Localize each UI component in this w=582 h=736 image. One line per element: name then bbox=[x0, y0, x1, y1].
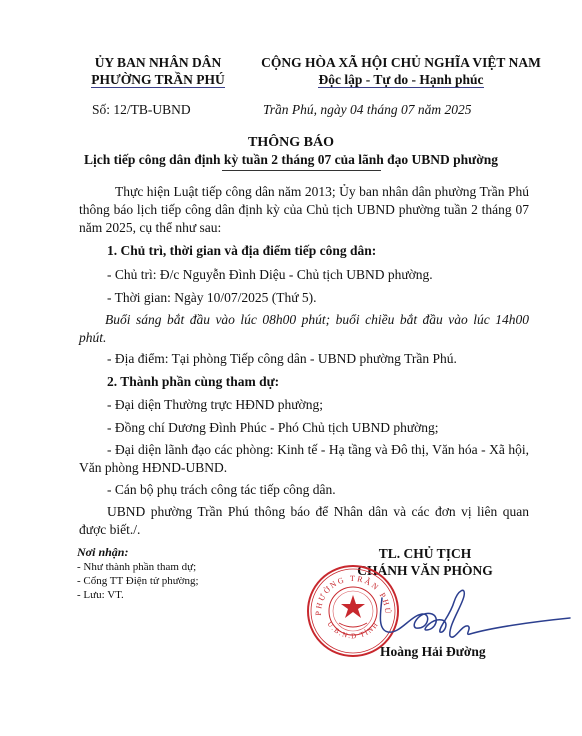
intro-paragraph: Thực hiện Luật tiếp công dân năm 2013; Ủ… bbox=[79, 183, 529, 237]
nation-line-1: CỘNG HÒA XÃ HỘI CHỦ NGHĨA VIỆT NAM bbox=[252, 54, 550, 71]
org-line-2: PHƯỜNG TRẦN PHÚ bbox=[70, 71, 246, 88]
closing-paragraph: UBND phường Trần Phú thông báo để Nhân d… bbox=[79, 503, 529, 539]
recipients-label: Nơi nhận: bbox=[77, 545, 128, 560]
signature-line-1: TL. CHỦ TỊCH bbox=[340, 545, 510, 562]
handwritten-signature-icon bbox=[370, 580, 582, 650]
recipient-item: - Cổng TT Điện tử phường; bbox=[77, 575, 199, 588]
subtitle-underline bbox=[222, 170, 381, 171]
org-line-1: ỦY BAN NHÂN DÂN bbox=[70, 54, 246, 71]
place-and-date: Trần Phú, ngày 04 tháng 07 năm 2025 bbox=[263, 101, 472, 118]
document-number: Số: 12/TB-UBND bbox=[92, 101, 191, 118]
section-2-title: 2. Thành phần cùng tham dự: bbox=[107, 373, 279, 390]
recipient-item: - Lưu: VT. bbox=[77, 589, 124, 602]
document-heading: THÔNG BÁO bbox=[0, 135, 582, 151]
time-line: - Thời gian: Ngày 10/07/2025 (Thứ 5). bbox=[107, 289, 317, 306]
section-1-title: 1. Chủ trì, thời gian và địa điểm tiếp c… bbox=[107, 242, 376, 259]
location-line: - Địa điểm: Tại phòng Tiếp công dân - UB… bbox=[107, 350, 457, 367]
recipient-item: - Như thành phần tham dự; bbox=[77, 561, 196, 574]
chair-line: - Chủ trì: Đ/c Nguyễn Đình Diệu - Chủ tị… bbox=[107, 266, 433, 283]
attendee-item: - Đại diện lãnh đạo các phòng: Kinh tế -… bbox=[79, 441, 529, 477]
document-subtitle: Lịch tiếp công dân định kỳ tuần 2 tháng … bbox=[0, 152, 582, 168]
signer-name: Hoàng Hải Đường bbox=[380, 644, 486, 660]
attendee-item: - Đồng chí Dương Đình Phúc - Phó Chủ tịc… bbox=[107, 419, 439, 436]
nation-line-2: Độc lập - Tự do - Hạnh phúc bbox=[252, 71, 550, 88]
attendee-item: - Cán bộ phụ trách công tác tiếp công dâ… bbox=[107, 481, 336, 498]
national-motto-block: CỘNG HÒA XÃ HỘI CHỦ NGHĨA VIỆT NAM Độc l… bbox=[252, 54, 550, 88]
attendee-item: - Đại diện Thường trực HĐND phường; bbox=[107, 396, 323, 413]
time-detail: Buổi sáng bắt đầu vào lúc 08h00 phút; bu… bbox=[79, 311, 529, 347]
org-name-block: ỦY BAN NHÂN DÂN PHƯỜNG TRẦN PHÚ bbox=[70, 54, 246, 88]
